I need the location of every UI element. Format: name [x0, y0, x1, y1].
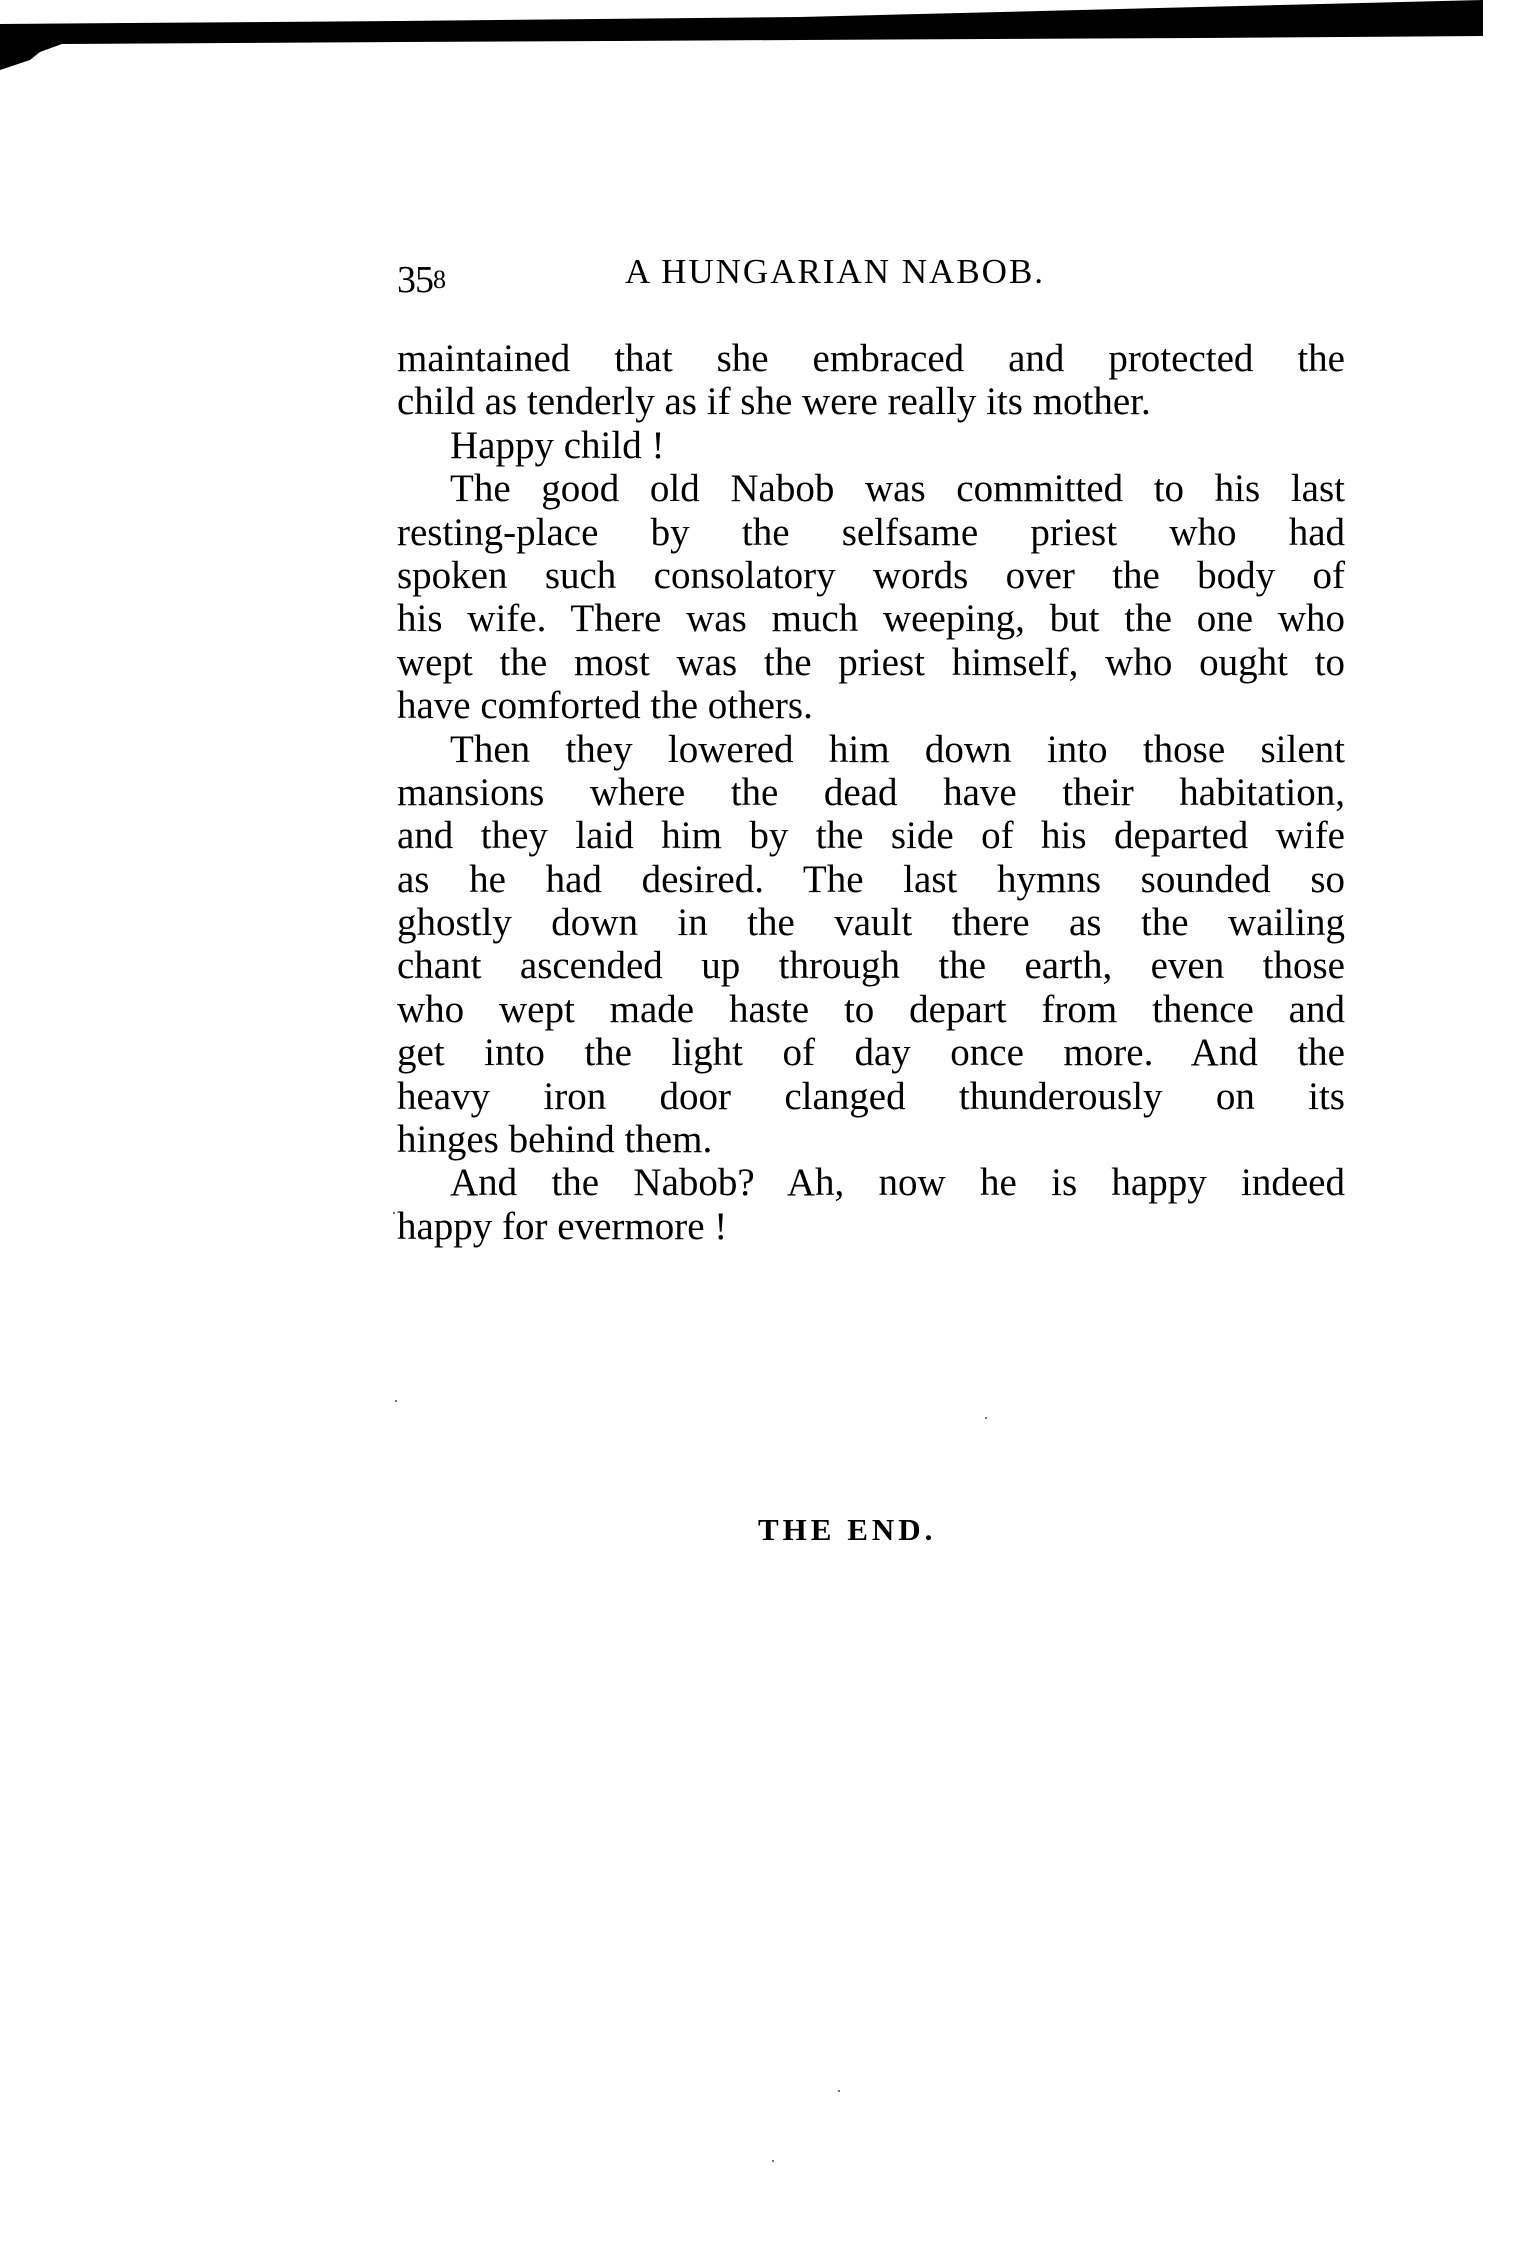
running-title: A HUNGARIAN NABOB. — [625, 252, 1045, 292]
text-line: and they laid him by the side of his dep… — [397, 814, 1345, 857]
text-line: ghostly down in the vault there as the w… — [397, 901, 1345, 944]
text-line: have comforted the others. — [397, 684, 1345, 727]
scan-speck — [838, 2090, 840, 2092]
scan-edge-black-bar — [0, 0, 1518, 90]
text-line: maintained that she embraced and protect… — [397, 337, 1345, 380]
text-line: his wife. There was much weeping, but th… — [397, 597, 1345, 640]
text-line: chant ascended up through the earth, eve… — [397, 944, 1345, 987]
scan-speck — [393, 1212, 395, 1214]
page-number: 358 — [397, 258, 445, 302]
text-line: as he had desired. The last hymns sounde… — [397, 858, 1345, 901]
text-line: get into the light of day once more. And… — [397, 1031, 1345, 1074]
scan-speck — [985, 1417, 987, 1419]
the-end-label: THE END. — [758, 1512, 936, 1548]
scan-speck — [395, 1400, 397, 1402]
text-line: heavy iron door clanged thunderously on … — [397, 1075, 1345, 1118]
text-line: child as tenderly as if she were really … — [397, 380, 1345, 423]
text-line: And the Nabob? Ah, now he is happy indee… — [397, 1161, 1345, 1204]
text-line: spoken such consolatory words over the b… — [397, 554, 1345, 597]
scan-speck — [772, 2160, 774, 2162]
text-line: wept the most was the priest himself, wh… — [397, 641, 1345, 684]
text-line: who wept made haste to depart from thenc… — [397, 988, 1345, 1031]
text-line: mansions where the dead have their habit… — [397, 771, 1345, 814]
body-text: maintained that she embraced and protect… — [397, 337, 1345, 1248]
text-line: hinges behind them. — [397, 1118, 1345, 1161]
text-line: Happy child ! — [397, 424, 1345, 467]
text-line: Then they lowered him down into those si… — [397, 728, 1345, 771]
text-line: The good old Nabob was committed to his … — [397, 467, 1345, 510]
text-line: happy for evermore ! — [397, 1205, 1345, 1248]
page-header: 358 A HUNGARIAN NABOB. — [397, 252, 1345, 302]
text-line: resting-place by the selfsame priest who… — [397, 511, 1345, 554]
